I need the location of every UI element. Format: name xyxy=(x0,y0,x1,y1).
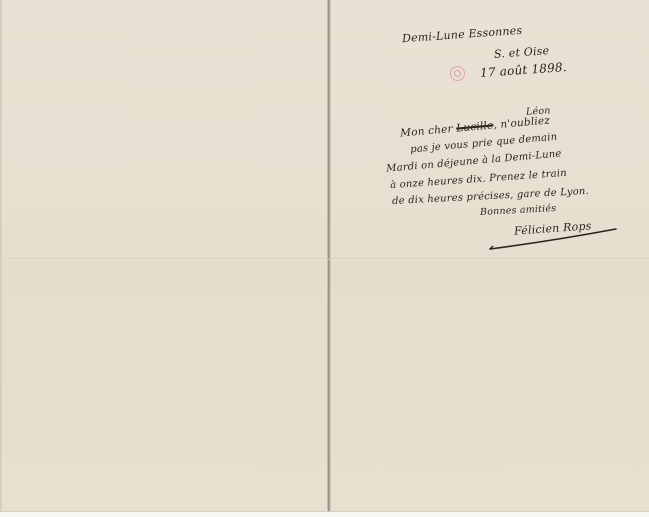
letter-sheet: Demi-Lune Essonnes S. et Oise 17 août 18… xyxy=(0,0,649,511)
library-stamp-icon xyxy=(450,66,465,81)
stamp-inner-ring xyxy=(454,70,461,77)
left-page-blank xyxy=(2,0,328,511)
scan-bottom-margin xyxy=(0,511,649,517)
horizontal-fold xyxy=(3,258,649,260)
signature-flourish-icon xyxy=(488,226,618,252)
